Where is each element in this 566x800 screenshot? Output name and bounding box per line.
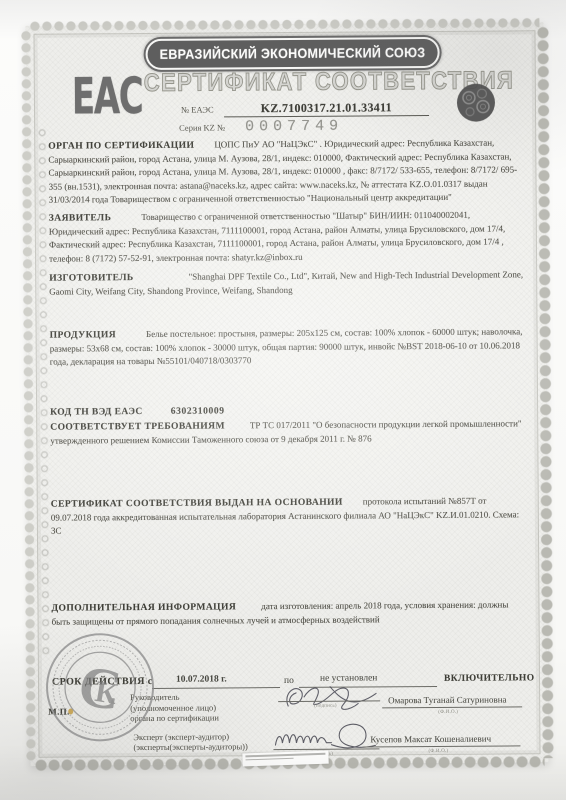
expert-label: Эксперт (эксперт-аудитор) (эксперты(эксп… bbox=[133, 731, 247, 752]
section-label: ОРГАН ПО СЕРТИФИКАЦИИ bbox=[48, 140, 194, 152]
series-number: 0007749 bbox=[245, 118, 343, 136]
section-text: Белье постельное: простыня, размеры: 205… bbox=[50, 326, 523, 366]
eac-mark-logo: ЕАС bbox=[72, 71, 143, 121]
section-label: КОД ТН ВЭД ЕАЭС bbox=[50, 406, 143, 418]
section-product: ПРОДУКЦИЯБелье постельное: простыня, раз… bbox=[50, 325, 524, 369]
section-label: ДОПОЛНИТЕЛЬНАЯ ИНФОРМАЦИЯ bbox=[51, 601, 236, 613]
expert-name: Кусепов Максат Кошеналиевич bbox=[370, 734, 491, 745]
section-label: ПРОДУКЦИЯ bbox=[50, 329, 116, 340]
section-label: СООТВЕТСТВУЕТ ТРЕБОВАНИЯМ bbox=[50, 420, 225, 432]
scalloped-border-left bbox=[20, 30, 36, 762]
fio-hint: (Ф.И.О.) bbox=[438, 710, 458, 715]
expert-line: (эксперты(эксперты-аудиторы)) bbox=[133, 741, 247, 752]
head-name: Омарова Туганай Сатуриновна bbox=[388, 694, 506, 705]
union-banner: ЕВРАЗИЙСКИЙ ЭКОНОМИЧЕСКИЙ СОЮЗ bbox=[146, 37, 440, 70]
expert-name-line bbox=[362, 745, 520, 747]
section-applicant: ЗАЯВИТЕЛЬТоварищество с ограниченной отв… bbox=[49, 208, 523, 266]
scalloped-border-right bbox=[536, 26, 554, 758]
head-name-line bbox=[382, 706, 522, 708]
certification-body-stamp: С К bbox=[35, 623, 164, 752]
section-basis: СЕРТИФИКАТ СООТВЕТСТВИЯ ВЫДАН НА ОСНОВАН… bbox=[51, 494, 525, 538]
section-manufacturer: ИЗГОТОВИТЕЛЬ"Shanghai DPF Textile Co., L… bbox=[49, 268, 523, 298]
scanned-page: ЕАС ЕВРАЗИЙСКИЙ ЭКОНОМИЧЕСКИЙ СОЮЗ СЕРТИ… bbox=[0, 0, 566, 800]
printer-microtext-label bbox=[242, 751, 328, 767]
inclusive-label: ВКЛЮЧИТЕЛЬНО bbox=[444, 673, 535, 684]
section-label: ЗАЯВИТЕЛЬ bbox=[49, 212, 112, 223]
valid-from-date: 10.07.2018 г. bbox=[176, 674, 227, 684]
section-label: СЕРТИФИКАТ СООТВЕТСТВИЯ ВЫДАН НА ОСНОВАН… bbox=[51, 497, 343, 510]
number-label: № ЕАЭС bbox=[181, 105, 214, 115]
embossed-seal-icon bbox=[456, 83, 496, 123]
certificate-number-row: № ЕАЭС KZ.7100317.21.01.33411 bbox=[181, 100, 429, 118]
fio-hint: (Ф.И.О.) bbox=[428, 749, 448, 754]
signature-hint: (подпись) bbox=[314, 704, 337, 709]
section-additional-info: ДОПОЛНИТЕЛЬНАЯ ИНФОРМАЦИЯдата изготовлен… bbox=[51, 598, 525, 628]
series-row: Серия KZ № 0007749 bbox=[179, 118, 343, 136]
section-label: ИЗГОТОВИТЕЛЬ bbox=[49, 272, 133, 284]
certificate-number: KZ.7100317.21.01.33411 bbox=[224, 100, 429, 117]
tnved-code-value: 6302310009 bbox=[171, 405, 225, 416]
section-tnved-code: КОД ТН ВЭД ЕАЭС6302310009 bbox=[50, 402, 524, 419]
section-requirements: СООТВЕТСТВУЕТ ТРЕБОВАНИЯМТР ТС 017/2011 … bbox=[50, 417, 524, 447]
scalloped-border-top bbox=[29, 17, 539, 32]
series-label: Серия KZ № bbox=[179, 122, 225, 132]
union-banner-text: ЕВРАЗИЙСКИЙ ЭКОНОМИЧЕСКИЙ СОЮЗ bbox=[160, 45, 426, 62]
certificate-sheet: ЕАС ЕВРАЗИЙСКИЙ ЭКОНОМИЧЕСКИЙ СОЮЗ СЕРТИ… bbox=[25, 22, 548, 766]
section-text: Товарищество с ограниченной ответственно… bbox=[49, 210, 505, 264]
section-certification-body: ОРГАН ПО СЕРТИФИКАЦИИЦОПС ПиУ АО "НаЦЭкС… bbox=[48, 136, 522, 207]
